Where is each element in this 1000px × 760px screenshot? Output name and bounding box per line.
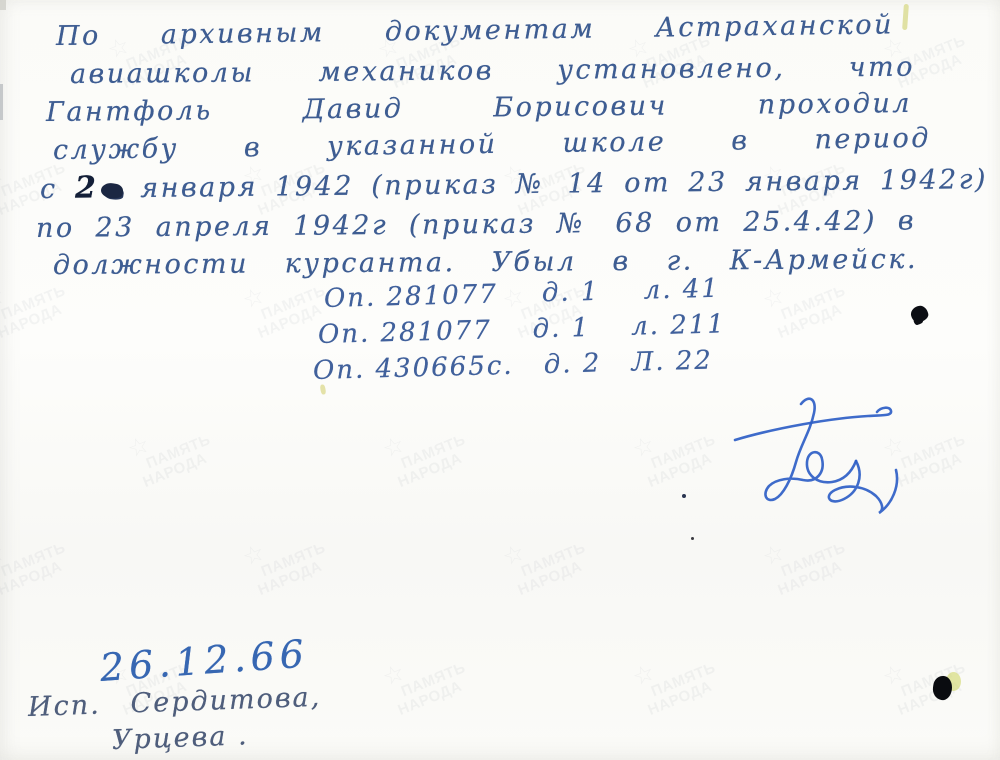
- watermark-stamp: ☆ПАМЯТЬНАРОДА: [235, 508, 374, 642]
- watermark-stamp: ☆ПАМЯТЬНАРОДА: [755, 508, 894, 642]
- watermark-text: ПАМЯТЬ: [144, 422, 237, 472]
- watermark-stamp: ☆ПАМЯТЬНАРОДА: [0, 508, 115, 642]
- handwritten-line-1: По архивным документам Астраханской: [56, 6, 894, 56]
- scan-edge-mark: [0, 84, 3, 120]
- executor-label: Исп.: [27, 689, 101, 723]
- watermark-stamp: ☆ПАМЯТЬНАРОДА: [375, 400, 514, 534]
- list-number: Л. 22: [631, 346, 713, 379]
- executor-name-1: Сердитова,: [130, 682, 322, 720]
- date-written: 26.12.66: [98, 631, 310, 689]
- watermark-text: ПАМЯТЬ: [779, 530, 872, 580]
- watermark-text: НАРОДА: [0, 545, 98, 599]
- yellow-streak: [902, 4, 909, 30]
- star-icon: ☆: [879, 628, 986, 690]
- watermark-text: НАРОДА: [776, 545, 878, 599]
- signature: [680, 382, 950, 517]
- watermark-text: НАРОДА: [141, 437, 243, 491]
- ink-smudge: [100, 182, 124, 200]
- archive-references: Оп. 281077 д. 1 л. 41 Оп. 281077 д. 1 л.…: [316, 284, 728, 387]
- ink-dot: [682, 494, 686, 498]
- star-icon: ☆: [239, 508, 346, 570]
- star-icon: ☆: [499, 508, 606, 570]
- watermark-text: ПАМЯТЬ: [779, 273, 872, 323]
- line5-prefix: с: [40, 174, 58, 205]
- watermark-text: НАРОДА: [776, 288, 878, 342]
- star-icon: ☆: [629, 628, 736, 690]
- watermark-text: НАРОДА: [396, 665, 498, 719]
- reference-row: Оп. 430665с. д. 2 Л. 22: [313, 346, 714, 387]
- star-icon: ☆: [0, 508, 86, 570]
- document-page: ☆ПАМЯТЬНАРОДА☆ПАМЯТЬНАРОДА☆ПАМЯТЬНАРОДА☆…: [0, 0, 1000, 760]
- watermark-stamp: ☆ПАМЯТЬНАРОДА: [625, 628, 764, 760]
- star-icon: ☆: [124, 400, 231, 462]
- delo-number: д. 1: [532, 313, 590, 345]
- watermark-text: ПАМЯТЬ: [649, 650, 742, 700]
- opis-number: Оп. 281077: [318, 315, 493, 351]
- delo-number: д. 2: [543, 348, 601, 380]
- ink-blot: [909, 304, 930, 324]
- delo-number: д. 1: [542, 277, 600, 309]
- line5-rest: января 1942 (приказ № 14 от 23 января 19…: [140, 164, 988, 204]
- watermark-text: НАРОДА: [256, 545, 358, 599]
- star-icon: ☆: [759, 508, 866, 570]
- watermark-stamp: ☆ПАМЯТЬНАРОДА: [375, 628, 514, 760]
- watermark-text: ПАМЯТЬ: [0, 530, 92, 580]
- watermark-text: ПАМЯТЬ: [259, 530, 352, 580]
- executor-name-2: Урцева .: [111, 720, 249, 756]
- watermark-stamp: ☆ПАМЯТЬНАРОДА: [495, 508, 634, 642]
- list-number: л. 41: [643, 274, 720, 307]
- watermark-stamp: ☆ПАМЯТЬНАРОДА: [120, 400, 259, 534]
- watermark-text: ПАМЯТЬ: [399, 422, 492, 472]
- watermark-text: НАРОДА: [396, 437, 498, 491]
- watermark-text: НАРОДА: [0, 288, 98, 342]
- watermark-text: ПАМЯТЬ: [519, 530, 612, 580]
- handwritten-line-7: должности курсанта. Убыл в г. К-Армейск.: [53, 241, 918, 285]
- opis-number: Оп. 430665с.: [313, 351, 514, 387]
- watermark-text: НАРОДА: [646, 665, 748, 719]
- ink-dot: [691, 537, 694, 540]
- watermark-text: НАРОДА: [516, 545, 618, 599]
- list-number: л. 211: [631, 309, 726, 342]
- line5-day-corrected: 2: [75, 170, 97, 205]
- scan-corner-mark: [0, 0, 6, 10]
- star-icon: ☆: [379, 400, 486, 462]
- reference-row: Оп. 281077 д. 1 л. 211: [318, 309, 727, 351]
- executor-line: Исп. Сердитова,: [27, 682, 321, 723]
- watermark-text: ПАМЯТЬ: [399, 650, 492, 700]
- star-icon: ☆: [379, 628, 486, 690]
- opis-number: Оп. 281077: [324, 279, 499, 315]
